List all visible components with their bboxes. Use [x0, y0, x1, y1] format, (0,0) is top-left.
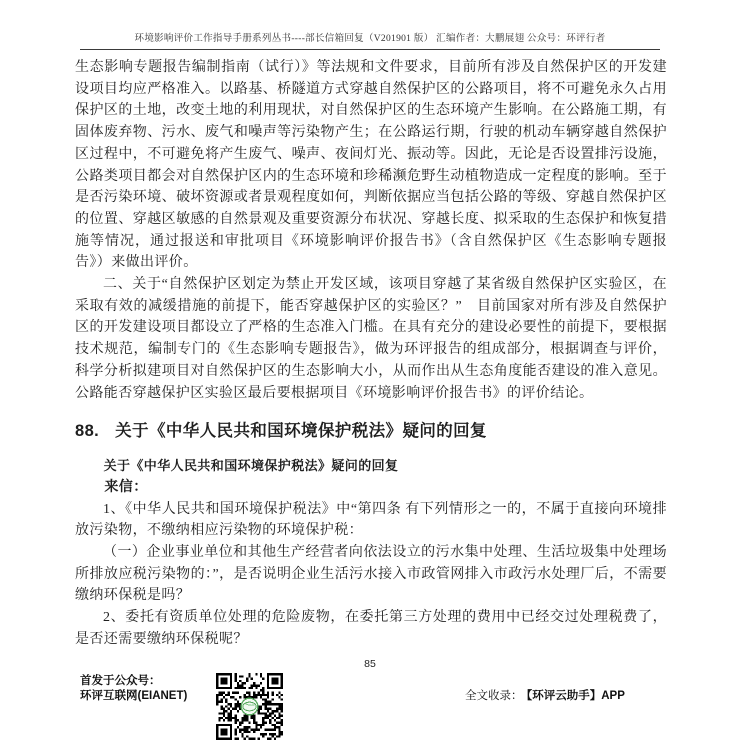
- document-page: 环境影响评价工作指导手册系列丛书----部长信箱回复（V201901 版） 汇编…: [0, 0, 740, 740]
- footer-app-name: 【环评云助手】APP: [527, 690, 625, 702]
- body-paragraph: （一）企业事业单位和其他生产经营者向依法设立的污水集中处理、生活垃圾集中处理场所…: [75, 542, 667, 607]
- body-paragraph: 生态影响专题报告编制指南（试行）》等法规和文件要求，目前所有涉及自然保护区的开发…: [75, 57, 667, 274]
- body-paragraph: 二、关于“自然保护区划定为禁止开发区域，该项目穿越了某省级自然保护区实验区，在采…: [75, 274, 667, 404]
- section-title: 关于《中华人民共和国环境保护税法》疑问的回复: [115, 421, 487, 440]
- qr-center-logo: [241, 698, 258, 715]
- footer-publisher-line1: 首发于公众号：: [80, 674, 187, 689]
- page-header: 环境影响评价工作指导手册系列丛书----部长信箱回复（V201901 版） 汇编…: [80, 30, 660, 50]
- header-text: 环境影响评价工作指导手册系列丛书----部长信箱回复（V201901 版） 汇编…: [135, 34, 606, 44]
- section-number: 88.: [75, 422, 99, 440]
- footer-app-prefix: 全文收录：: [465, 690, 523, 702]
- footer-publisher: 首发于公众号： 环评互联网(EIANET): [80, 674, 187, 703]
- section-subtitle: 关于《中华人民共和国环境保护税法》疑问的回复: [75, 455, 667, 477]
- footer-app-note: 全文收录：【环评云助手】APP: [465, 687, 625, 703]
- page-number: 85: [0, 658, 740, 670]
- section-heading: 88.关于《中华人民共和国环境保护税法》疑问的回复: [75, 420, 667, 442]
- letter-label: 来信：: [75, 477, 667, 499]
- footer-publisher-line2: 环评互联网(EIANET): [80, 689, 187, 704]
- body-paragraph: 1、《中华人民共和国环境保护税法》中“第四条 有下列情形之一的，不属于直接向环境…: [75, 499, 667, 542]
- qr-code-icon: [216, 673, 283, 740]
- document-body: 生态影响专题报告编制指南（试行）》等法规和文件要求，目前所有涉及自然保护区的开发…: [75, 57, 667, 651]
- body-paragraph: 2、委托有资质单位处理的危险废物，在委托第三方处理的费用中已经交过处理税费了，是…: [75, 607, 667, 650]
